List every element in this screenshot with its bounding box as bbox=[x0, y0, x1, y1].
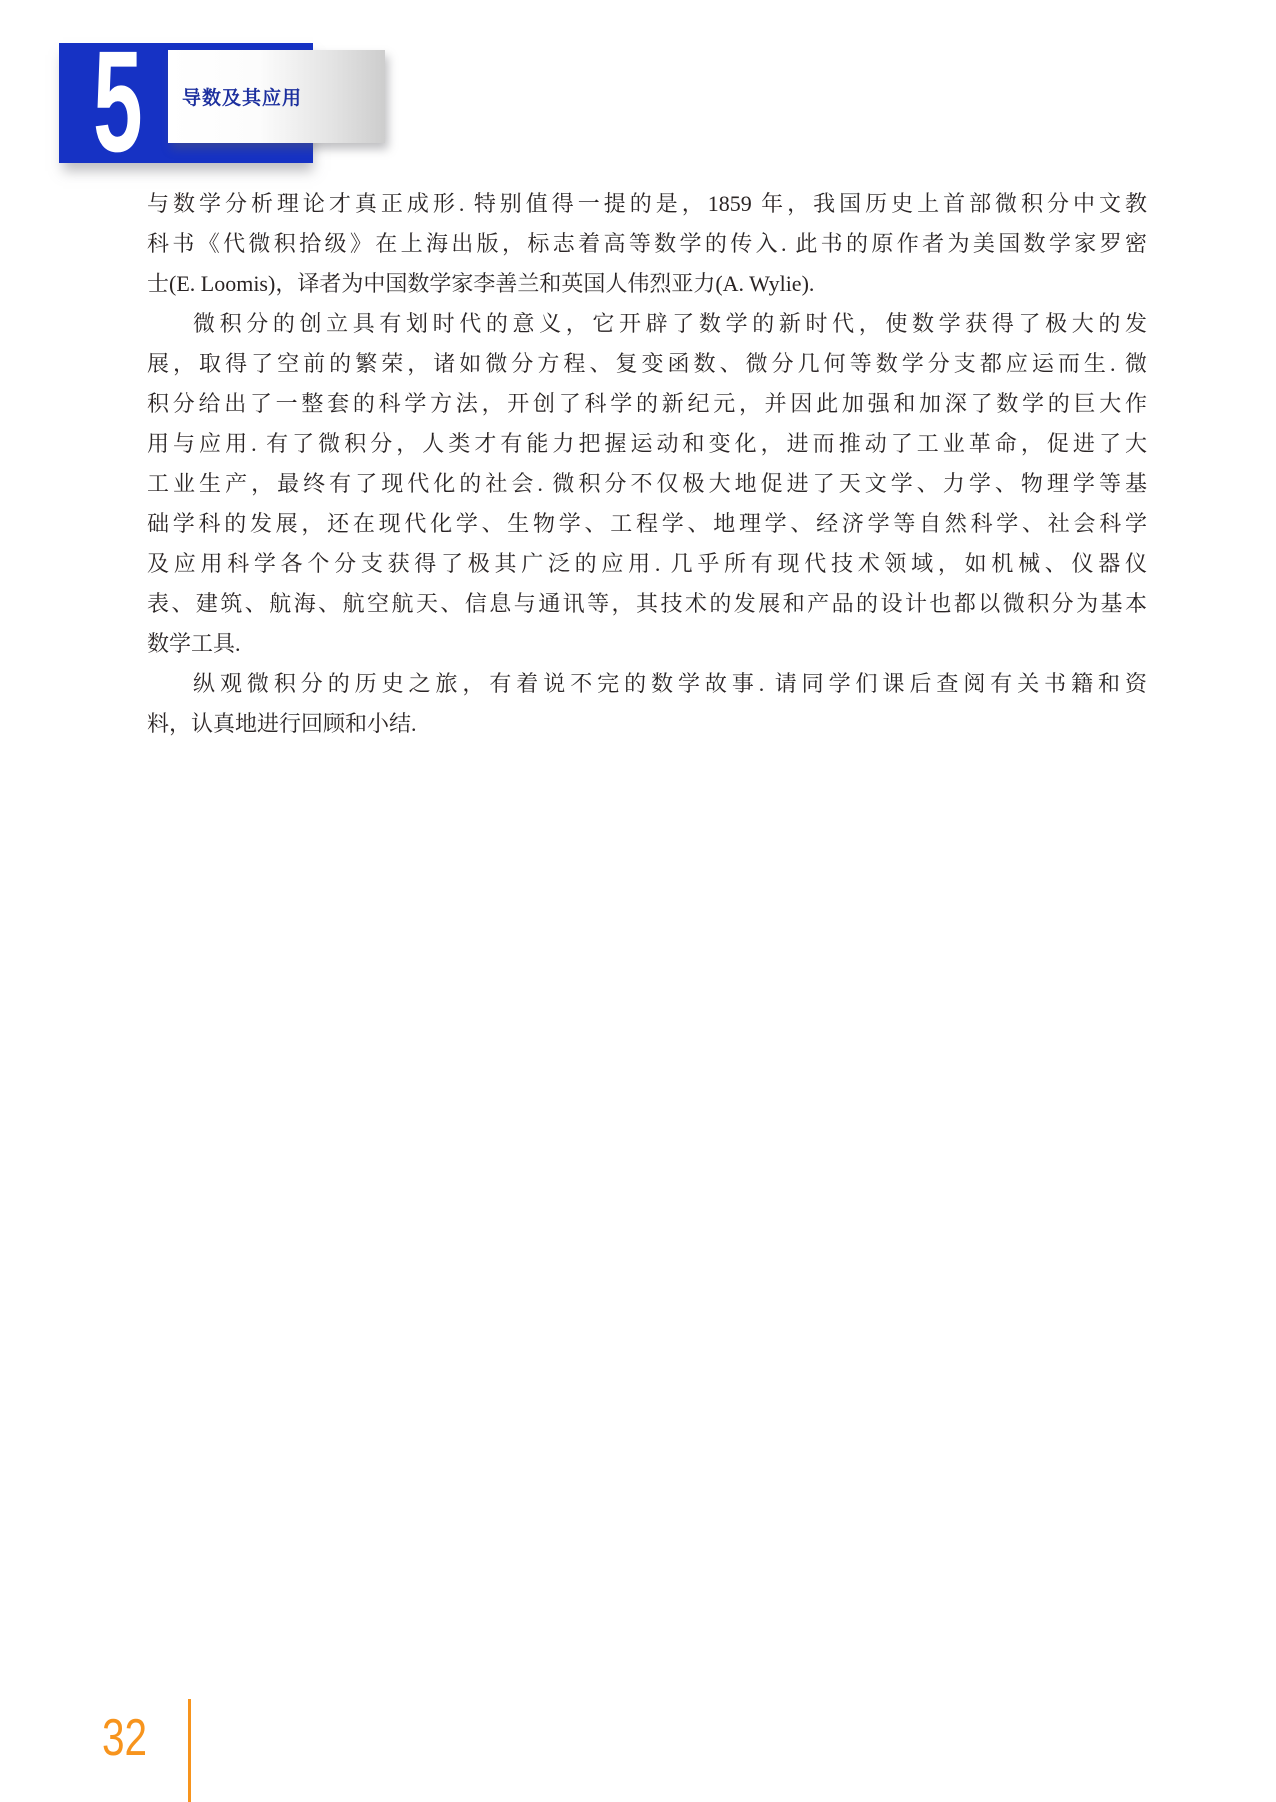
page-number: 32 bbox=[102, 1712, 147, 1764]
text-line: 表、建筑、航海、航空航天、信息与通讯等，其技术的发展和产品的设计也都以微积分为基… bbox=[147, 584, 1147, 624]
text-line: 微积分的创立具有划时代的意义，它开辟了数学的新时代，使数学获得了极大的发 bbox=[147, 304, 1147, 344]
text-line: 士(E. Loomis)，译者为中国数学家李善兰和英国人伟烈亚力(A. Wyli… bbox=[147, 264, 1147, 304]
text-line: 科书《代微积拾级》在上海出版，标志着高等数学的传入. 此书的原作者为美国数学家罗… bbox=[147, 224, 1147, 264]
textbook-page: 5 导数及其应用 与数学分析理论才真正成形. 特别值得一提的是，1859 年，我… bbox=[0, 0, 1276, 1802]
chapter-title-banner: 导数及其应用 bbox=[168, 50, 385, 143]
text-line: 与数学分析理论才真正成形. 特别值得一提的是，1859 年，我国历史上首部微积分… bbox=[147, 184, 1147, 224]
text-line: 及应用科学各个分支获得了极其广泛的应用. 几乎所有现代技术领域，如机械、仪器仪 bbox=[147, 544, 1147, 584]
text-line: 积分给出了一整套的科学方法，开创了科学的新纪元，并因此加强和加深了数学的巨大作 bbox=[147, 384, 1147, 424]
text-line: 用与应用. 有了微积分，人类才有能力把握运动和变化，进而推动了工业革命，促进了大 bbox=[147, 424, 1147, 464]
footer-rule bbox=[188, 1699, 191, 1802]
text-line: 工业生产，最终有了现代化的社会. 微积分不仅极大地促进了天文学、力学、物理学等基 bbox=[147, 464, 1147, 504]
chapter-title: 导数及其应用 bbox=[182, 83, 302, 110]
text-line: 展，取得了空前的繁荣，诸如微分方程、复变函数、微分几何等数学分支都应运而生. 微 bbox=[147, 344, 1147, 384]
text-line: 纵观微积分的历史之旅，有着说不完的数学故事. 请同学们课后查阅有关书籍和资 bbox=[147, 664, 1147, 704]
text-line: 料，认真地进行回顾和小结. bbox=[147, 704, 1147, 744]
body-text: 与数学分析理论才真正成形. 特别值得一提的是，1859 年，我国历史上首部微积分… bbox=[147, 184, 1147, 744]
text-line: 数学工具. bbox=[147, 624, 1147, 664]
text-line: 础学科的发展，还在现代化学、生物学、工程学、地理学、经济学等自然科学、社会科学 bbox=[147, 504, 1147, 544]
chapter-number: 5 bbox=[93, 30, 143, 174]
